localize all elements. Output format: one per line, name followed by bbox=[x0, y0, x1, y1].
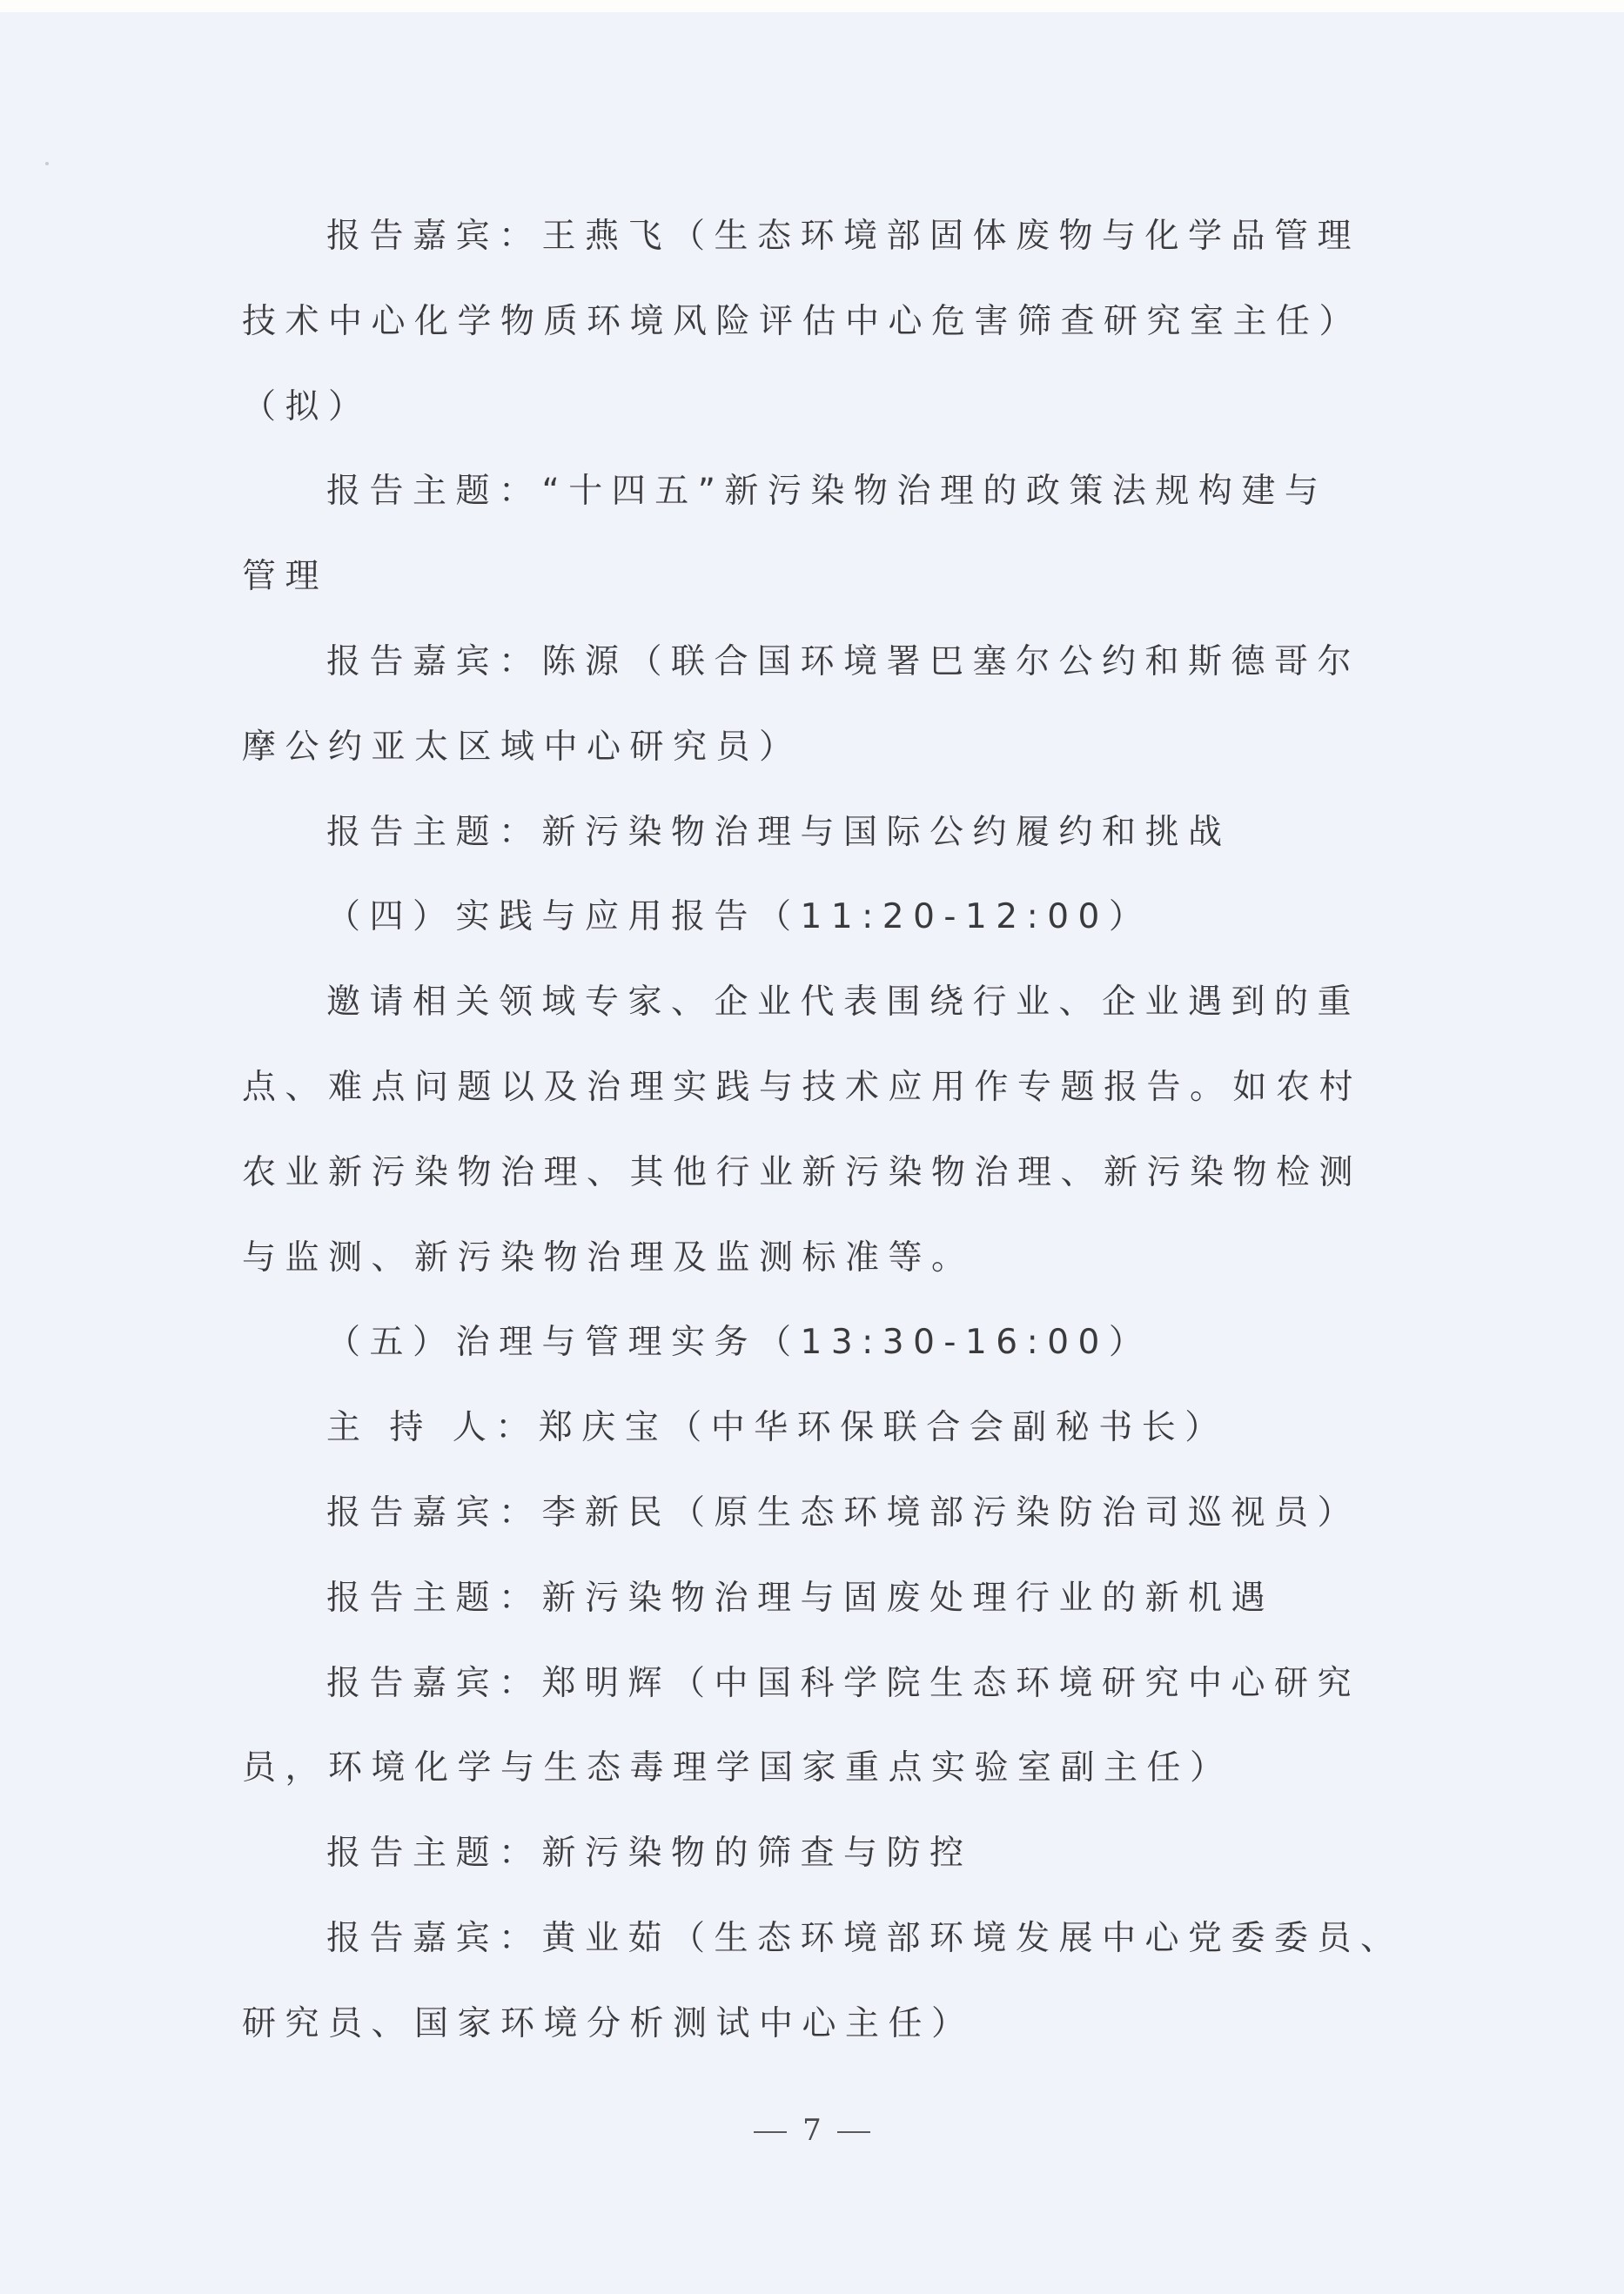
line-speaker-chen-yuan: 报告嘉宾：陈源（联合国环境署巴塞尔公约和斯德哥尔 bbox=[242, 620, 1373, 705]
line-practice-desc-4: 与监测、新污染物治理及监测标准等。 bbox=[242, 1216, 1373, 1301]
line-topic-policy: 报告主题：“十四五”新污染物治理的政策法规构建与 bbox=[242, 449, 1373, 534]
line-practice-desc-3: 农业新污染物治理、其他行业新污染物治理、新污染物检测 bbox=[242, 1130, 1373, 1216]
line-host-zheng-qingbao: 主 持 人：郑庆宝（中华环保联合会副秘书长） bbox=[242, 1385, 1373, 1471]
line-speaker-huang-yeru: 报告嘉宾：黄业茹（生态环境部环境发展中心党委委员、 bbox=[242, 1896, 1373, 1982]
line-topic-policy-cont: 管理 bbox=[242, 534, 1373, 620]
line-practice-desc-2: 点、难点问题以及治理实践与技术应用作专题报告。如农村 bbox=[242, 1045, 1373, 1130]
page-footer: 7 bbox=[0, 2113, 1624, 2148]
scan-top-border bbox=[0, 0, 1624, 12]
line-topic-conventions: 报告主题：新污染物治理与国际公约履约和挑战 bbox=[242, 790, 1373, 875]
line-speaker-chen-yuan-cont: 摩公约亚太区域中心研究员） bbox=[242, 705, 1373, 790]
line-speaker-wang-yanfei: 报告嘉宾：王燕飞（生态环境部固体废物与化学品管理 bbox=[242, 194, 1373, 279]
section-heading-practice: （四）实践与应用报告（11:20-12:00） bbox=[242, 875, 1373, 960]
line-speaker-zheng-minghui-cont: 员，环境化学与生态毒理学国家重点实验室副主任） bbox=[242, 1726, 1373, 1811]
document-body: 报告嘉宾：王燕飞（生态环境部固体废物与化学品管理 技术中心化学物质环境风险评估中… bbox=[242, 194, 1373, 2067]
line-tentative-note: （拟） bbox=[242, 365, 1373, 450]
scan-speck bbox=[45, 162, 49, 165]
page-number: 7 bbox=[802, 2113, 822, 2148]
footer-dash-left bbox=[754, 2131, 787, 2133]
line-topic-screening: 报告主题：新污染物的筛查与防控 bbox=[242, 1811, 1373, 1896]
line-speaker-wang-yanfei-cont: 技术中心化学物质环境风险评估中心危害筛查研究室主任） bbox=[242, 279, 1373, 365]
footer-dash-right bbox=[837, 2131, 870, 2133]
line-speaker-zheng-minghui: 报告嘉宾：郑明辉（中国科学院生态环境研究中心研究 bbox=[242, 1641, 1373, 1727]
line-practice-desc-1: 邀请相关领域专家、企业代表围绕行业、企业遇到的重 bbox=[242, 960, 1373, 1045]
line-speaker-li-xinmin: 报告嘉宾：李新民（原生态环境部污染防治司巡视员） bbox=[242, 1471, 1373, 1556]
line-topic-solid-waste: 报告主题：新污染物治理与固废处理行业的新机遇 bbox=[242, 1556, 1373, 1641]
section-heading-management: （五）治理与管理实务（13:30-16:00） bbox=[242, 1300, 1373, 1385]
line-speaker-huang-yeru-cont: 研究员、国家环境分析测试中心主任） bbox=[242, 1982, 1373, 2067]
